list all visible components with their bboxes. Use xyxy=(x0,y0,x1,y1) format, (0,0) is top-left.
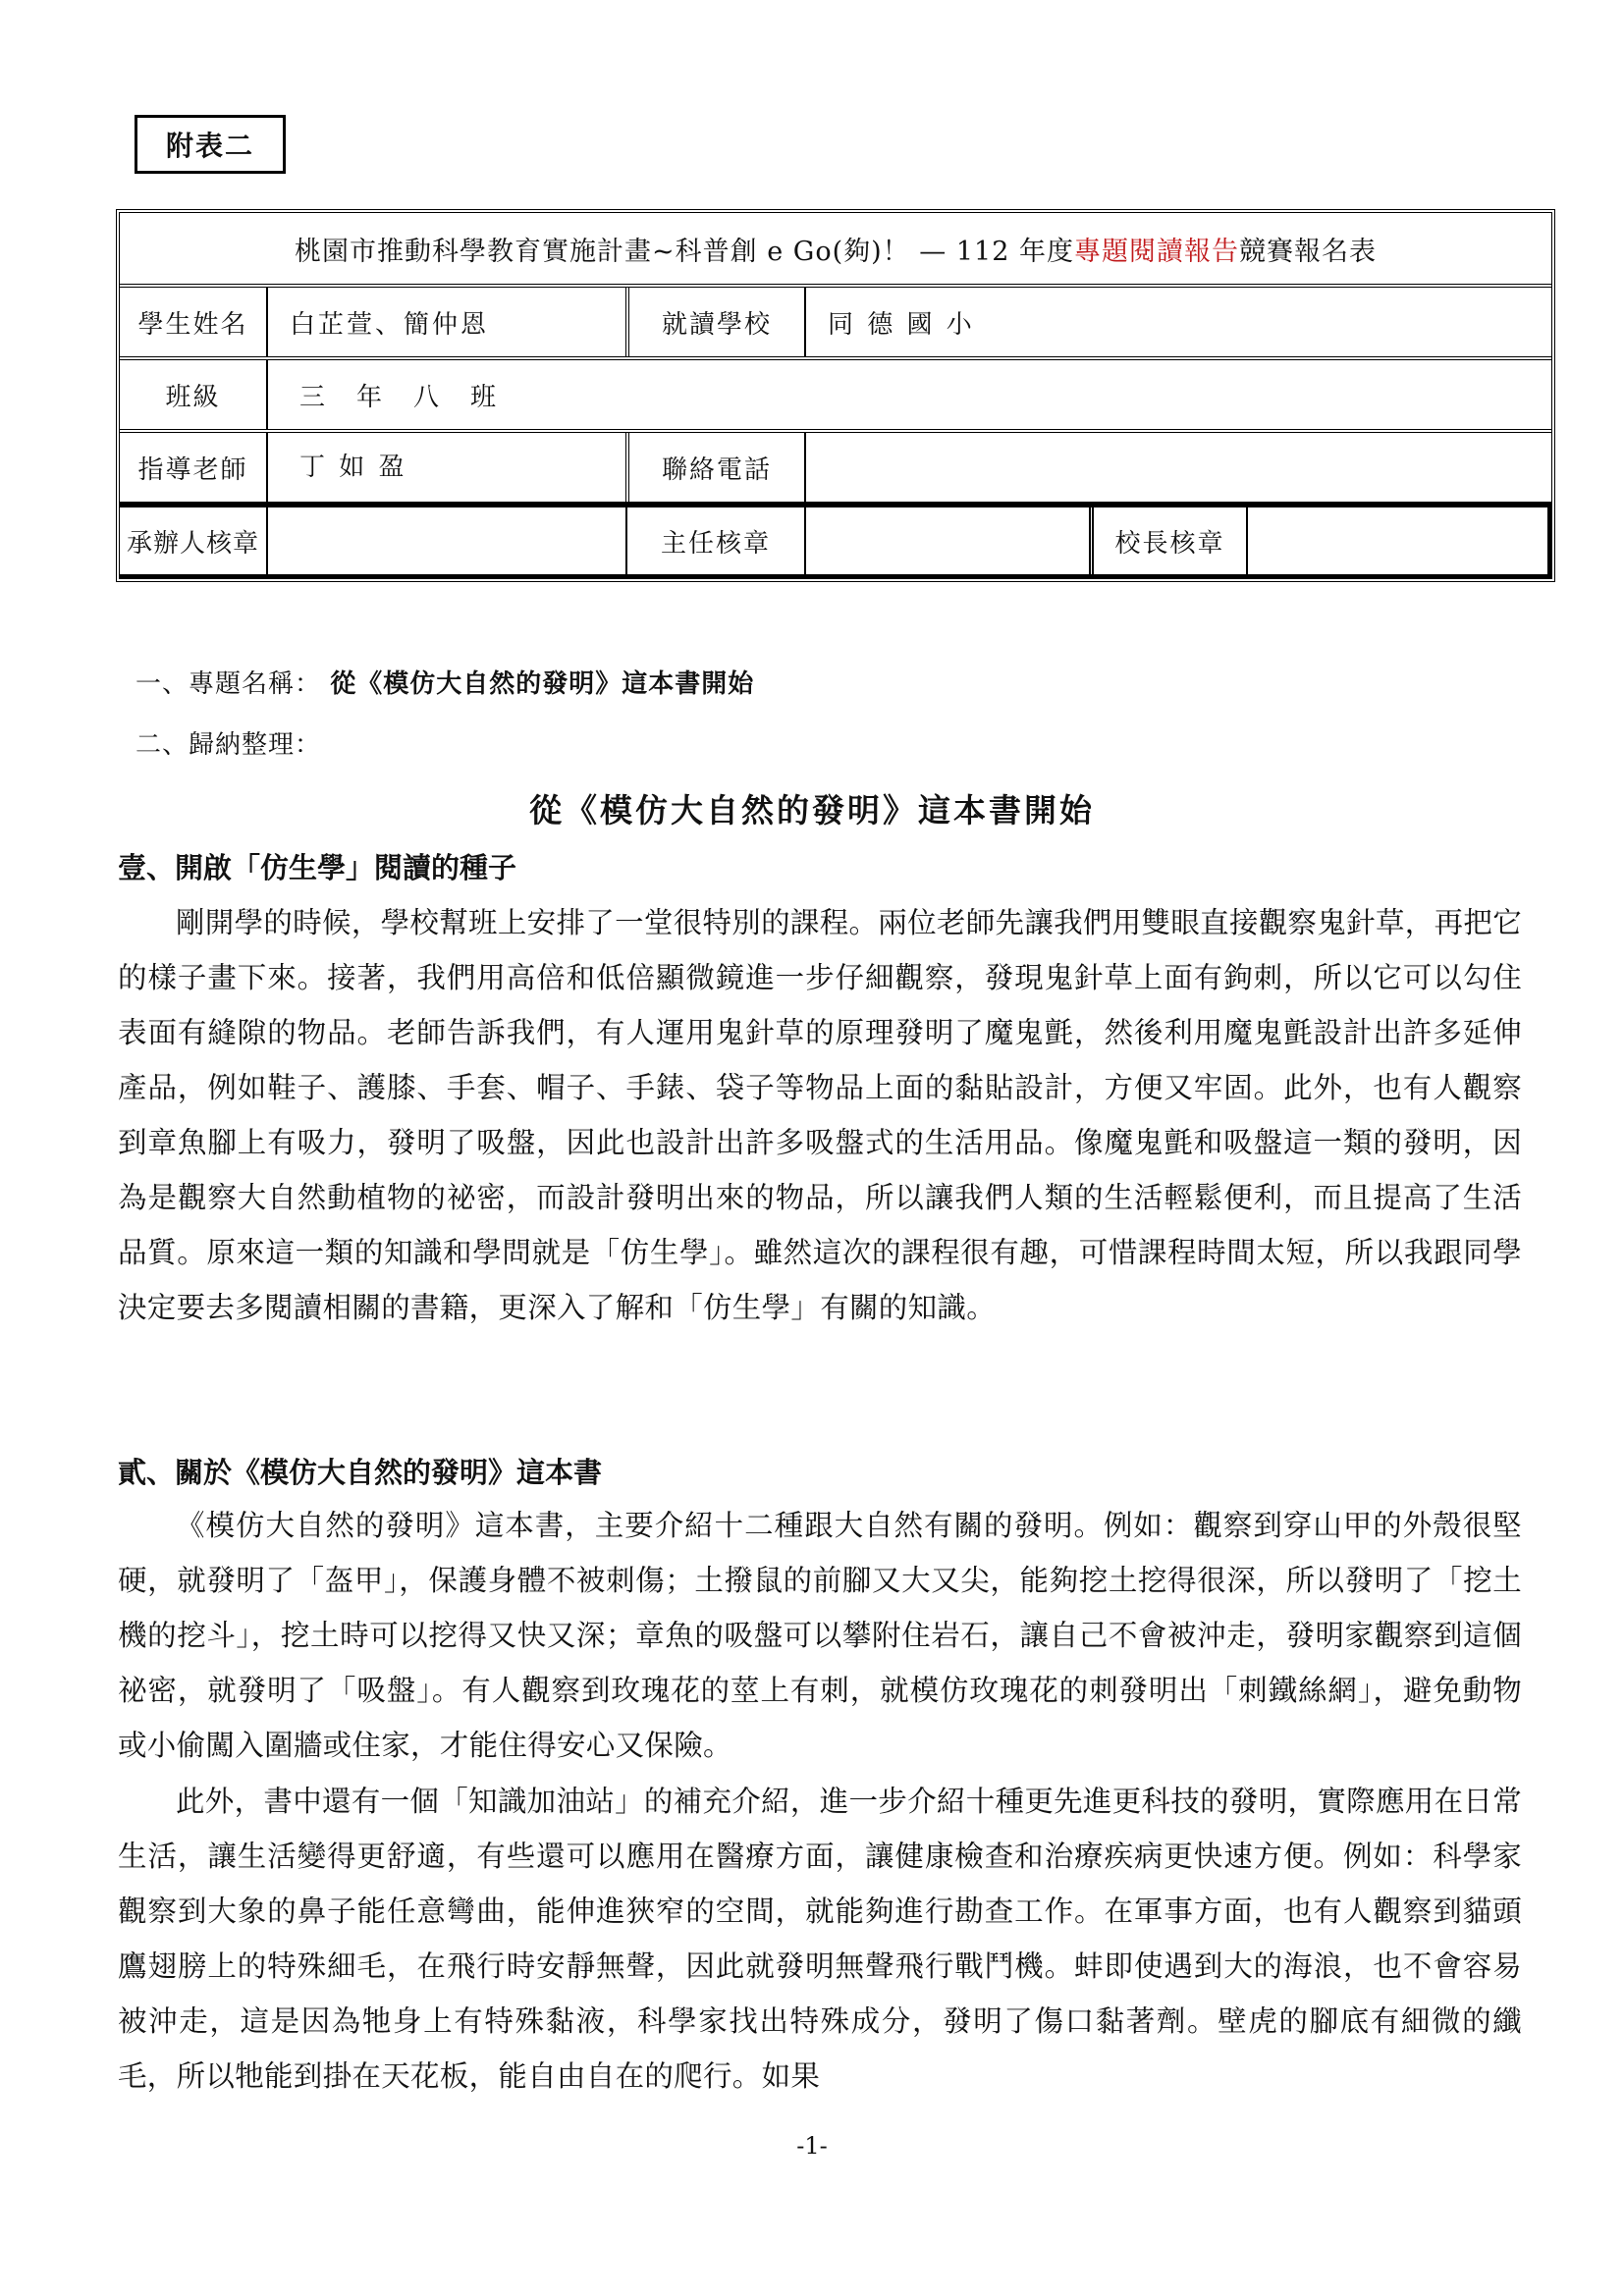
class-label: 班級 xyxy=(120,360,266,429)
summary-label: 二、歸納整理： xyxy=(135,724,321,761)
report-title: 從《模仿大自然的發明》這本書開始 xyxy=(0,785,1624,831)
section-1-title: 壹、開啟「仿生學」閱讀的種子 xyxy=(118,846,516,886)
topic-line: 一、專題名稱： 從《模仿大自然的發明》這本書開始 xyxy=(135,664,754,700)
school-label: 就讀學校 xyxy=(625,288,804,356)
stamp-row: 承辦人核章 主任核章 校長核章 xyxy=(120,502,1551,578)
phone-field[interactable] xyxy=(804,433,1551,502)
teacher-label: 指導老師 xyxy=(120,433,266,502)
teacher-field[interactable]: 丁 如 盈 xyxy=(266,433,625,502)
class-field[interactable]: 三 年 八 班 xyxy=(266,360,1551,429)
principal-stamp-label: 校長核章 xyxy=(1089,507,1246,574)
section-2-paragraph-1: 《模仿大自然的發明》這本書，主要介紹十二種跟大自然有關的發明。例如：觀察到穿山甲… xyxy=(118,1498,1522,1773)
section-2-title: 貳、關於《模仿大自然的發明》這本書 xyxy=(118,1451,602,1491)
school-field[interactable]: 同 德 國 小 xyxy=(804,288,1551,356)
form-title-prefix: 桃園市推動科學教育實施計畫~科普創 e Go(夠)！ — 112 年度 xyxy=(295,230,1074,268)
student-school-row: 學生姓名 白芷萱、簡仲恩 就讀學校 同 德 國 小 xyxy=(120,284,1551,356)
class-row: 班級 三 年 八 班 xyxy=(120,356,1551,429)
section-2-paragraph-2: 此外，書中還有一個「知識加油站」的補充介紹，進一步介紹十種更先進更科技的發明，實… xyxy=(118,1774,1522,2104)
topic-value: 從《模仿大自然的發明》這本書開始 xyxy=(330,669,754,699)
director-stamp-label: 主任核章 xyxy=(625,507,804,574)
form-title-highlight: 專題閱讀報告 xyxy=(1074,230,1239,268)
registration-form-table: 桃園市推動科學教育實施計畫~科普創 e Go(夠)！ — 112 年度 專題閱讀… xyxy=(116,209,1555,582)
phone-label: 聯絡電話 xyxy=(625,433,804,502)
attachment-label: 附表二 xyxy=(135,115,286,174)
topic-label: 一、專題名稱： xyxy=(135,669,321,699)
student-name-field[interactable]: 白芷萱、簡仲恩 xyxy=(266,288,625,356)
section-1-paragraph-1: 剛開學的時候，學校幫班上安排了一堂很特別的課程。兩位老師先讓我們用雙眼直接觀察鬼… xyxy=(118,895,1522,1335)
page-number: -1- xyxy=(0,2132,1624,2160)
director-stamp-field[interactable] xyxy=(804,507,1089,574)
form-title-suffix: 競賽報名表 xyxy=(1239,230,1377,268)
handler-stamp-field[interactable] xyxy=(266,507,625,574)
student-name-label: 學生姓名 xyxy=(120,288,266,356)
handler-stamp-label: 承辦人核章 xyxy=(120,507,266,574)
form-title-row: 桃園市推動科學教育實施計畫~科普創 e Go(夠)！ — 112 年度 專題閱讀… xyxy=(120,213,1551,284)
teacher-phone-row: 指導老師 丁 如 盈 聯絡電話 xyxy=(120,429,1551,502)
principal-stamp-field[interactable] xyxy=(1246,507,1551,574)
